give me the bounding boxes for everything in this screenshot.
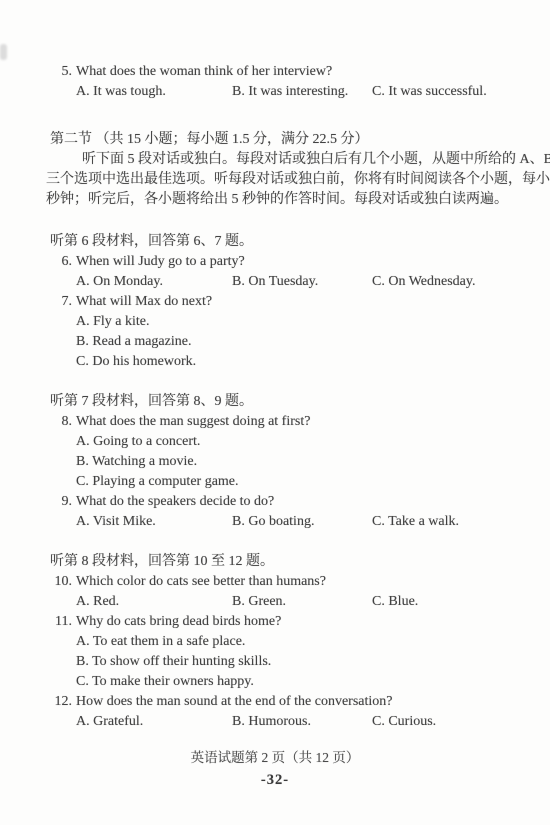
question-7-number: 7. — [44, 292, 76, 312]
question-8-number: 8. — [44, 412, 76, 432]
question-8-option-b: B. Watching a movie. — [76, 452, 550, 472]
question-6: 6. When will Judy go to a party? — [44, 252, 550, 272]
question-8: 8. What does the man suggest doing at fi… — [44, 412, 550, 432]
question-5-option-a: A. It was tough. — [76, 82, 232, 102]
question-5-number: 5. — [44, 62, 76, 82]
section-2-heading: 第二节 （共 15 小题；每小题 1.5 分，满分 22.5 分） — [50, 130, 550, 150]
question-6-option-c: C. On Wednesday. — [372, 272, 475, 292]
scan-artifact — [0, 44, 7, 60]
question-12: 12. How does the man sound at the end of… — [44, 692, 550, 712]
material-8-heading: 听第 8 段材料，回答第 10 至 12 题。 — [50, 552, 550, 572]
question-9-text: What do the speakers decide to do? — [76, 492, 274, 512]
question-11-number: 11. — [44, 612, 76, 632]
question-6-option-a: A. On Monday. — [76, 272, 232, 292]
question-7-option-a: A. Fly a kite. — [76, 312, 550, 332]
question-12-number: 12. — [44, 692, 76, 712]
question-9-option-b: B. Go boating. — [232, 512, 372, 532]
question-9-options: A. Visit Mike. B. Go boating. C. Take a … — [76, 512, 550, 532]
question-11: 11. Why do cats bring dead birds home? — [44, 612, 550, 632]
question-10: 10. Which color do cats see better than … — [44, 572, 550, 592]
question-10-option-a: A. Red. — [76, 592, 232, 612]
question-10-options: A. Red. B. Green. C. Blue. — [76, 592, 550, 612]
question-5-option-b: B. It was interesting. — [232, 82, 372, 102]
page-number: -32- — [0, 770, 550, 790]
question-5-options: A. It was tough. B. It was interesting. … — [76, 82, 550, 102]
question-6-options: A. On Monday. B. On Tuesday. C. On Wedne… — [76, 272, 550, 292]
question-8-option-a: A. Going to a concert. — [76, 432, 550, 452]
question-12-options: A. Grateful. B. Humorous. C. Curious. — [76, 712, 550, 732]
question-9-number: 9. — [44, 492, 76, 512]
question-5: 5. What does the woman think of her inte… — [44, 62, 550, 82]
question-11-option-a: A. To eat them in a safe place. — [76, 632, 550, 652]
section-2-instructions-line-3: 秒钟；听完后，各小题将给出 5 秒钟的作答时间。每段对话或独白读两遍。 — [46, 190, 550, 210]
question-9-option-c: C. Take a walk. — [372, 512, 459, 532]
question-9: 9. What do the speakers decide to do? — [44, 492, 550, 512]
question-10-number: 10. — [44, 572, 76, 592]
question-6-option-b: B. On Tuesday. — [232, 272, 372, 292]
question-7: 7. What will Max do next? — [44, 292, 550, 312]
question-9-option-a: A. Visit Mike. — [76, 512, 232, 532]
question-5-option-c: C. It was successful. — [372, 82, 487, 102]
section-2-instructions-line-1: 听下面 5 段对话或独白。每段对话或独白后有几个小题，从题中所给的 A、B、C — [46, 150, 550, 170]
question-12-option-a: A. Grateful. — [76, 712, 232, 732]
material-7-heading: 听第 7 段材料，回答第 8、9 题。 — [50, 392, 550, 412]
material-6-heading: 听第 6 段材料，回答第 6、7 题。 — [50, 232, 550, 252]
exam-paper-page: 5. What does the woman think of her inte… — [0, 0, 550, 825]
question-5-text: What does the woman think of her intervi… — [76, 62, 332, 82]
question-11-option-c: C. To make their owners happy. — [76, 672, 550, 692]
question-10-text: Which color do cats see better than huma… — [76, 572, 326, 592]
question-7-text: What will Max do next? — [76, 292, 212, 312]
question-11-text: Why do cats bring dead birds home? — [76, 612, 281, 632]
section-2-instructions-line-2: 三个选项中选出最佳选项。听每段对话或独白前，你将有时间阅读各个小题，每小题 5 — [46, 170, 550, 190]
question-6-number: 6. — [44, 252, 76, 272]
page-content: 5. What does the woman think of her inte… — [0, 0, 550, 790]
footer-page-label: 英语试题第 2 页（共 12 页） — [0, 748, 550, 768]
question-12-option-c: C. Curious. — [372, 712, 436, 732]
question-6-text: When will Judy go to a party? — [76, 252, 245, 272]
question-10-option-c: C. Blue. — [372, 592, 418, 612]
question-7-option-c: C. Do his homework. — [76, 352, 550, 372]
question-8-option-c: C. Playing a computer game. — [76, 472, 550, 492]
question-12-text: How does the man sound at the end of the… — [76, 692, 392, 712]
question-11-option-b: B. To show off their hunting skills. — [76, 652, 550, 672]
question-7-option-b: B. Read a magazine. — [76, 332, 550, 352]
question-10-option-b: B. Green. — [232, 592, 372, 612]
question-8-text: What does the man suggest doing at first… — [76, 412, 310, 432]
question-12-option-b: B. Humorous. — [232, 712, 372, 732]
